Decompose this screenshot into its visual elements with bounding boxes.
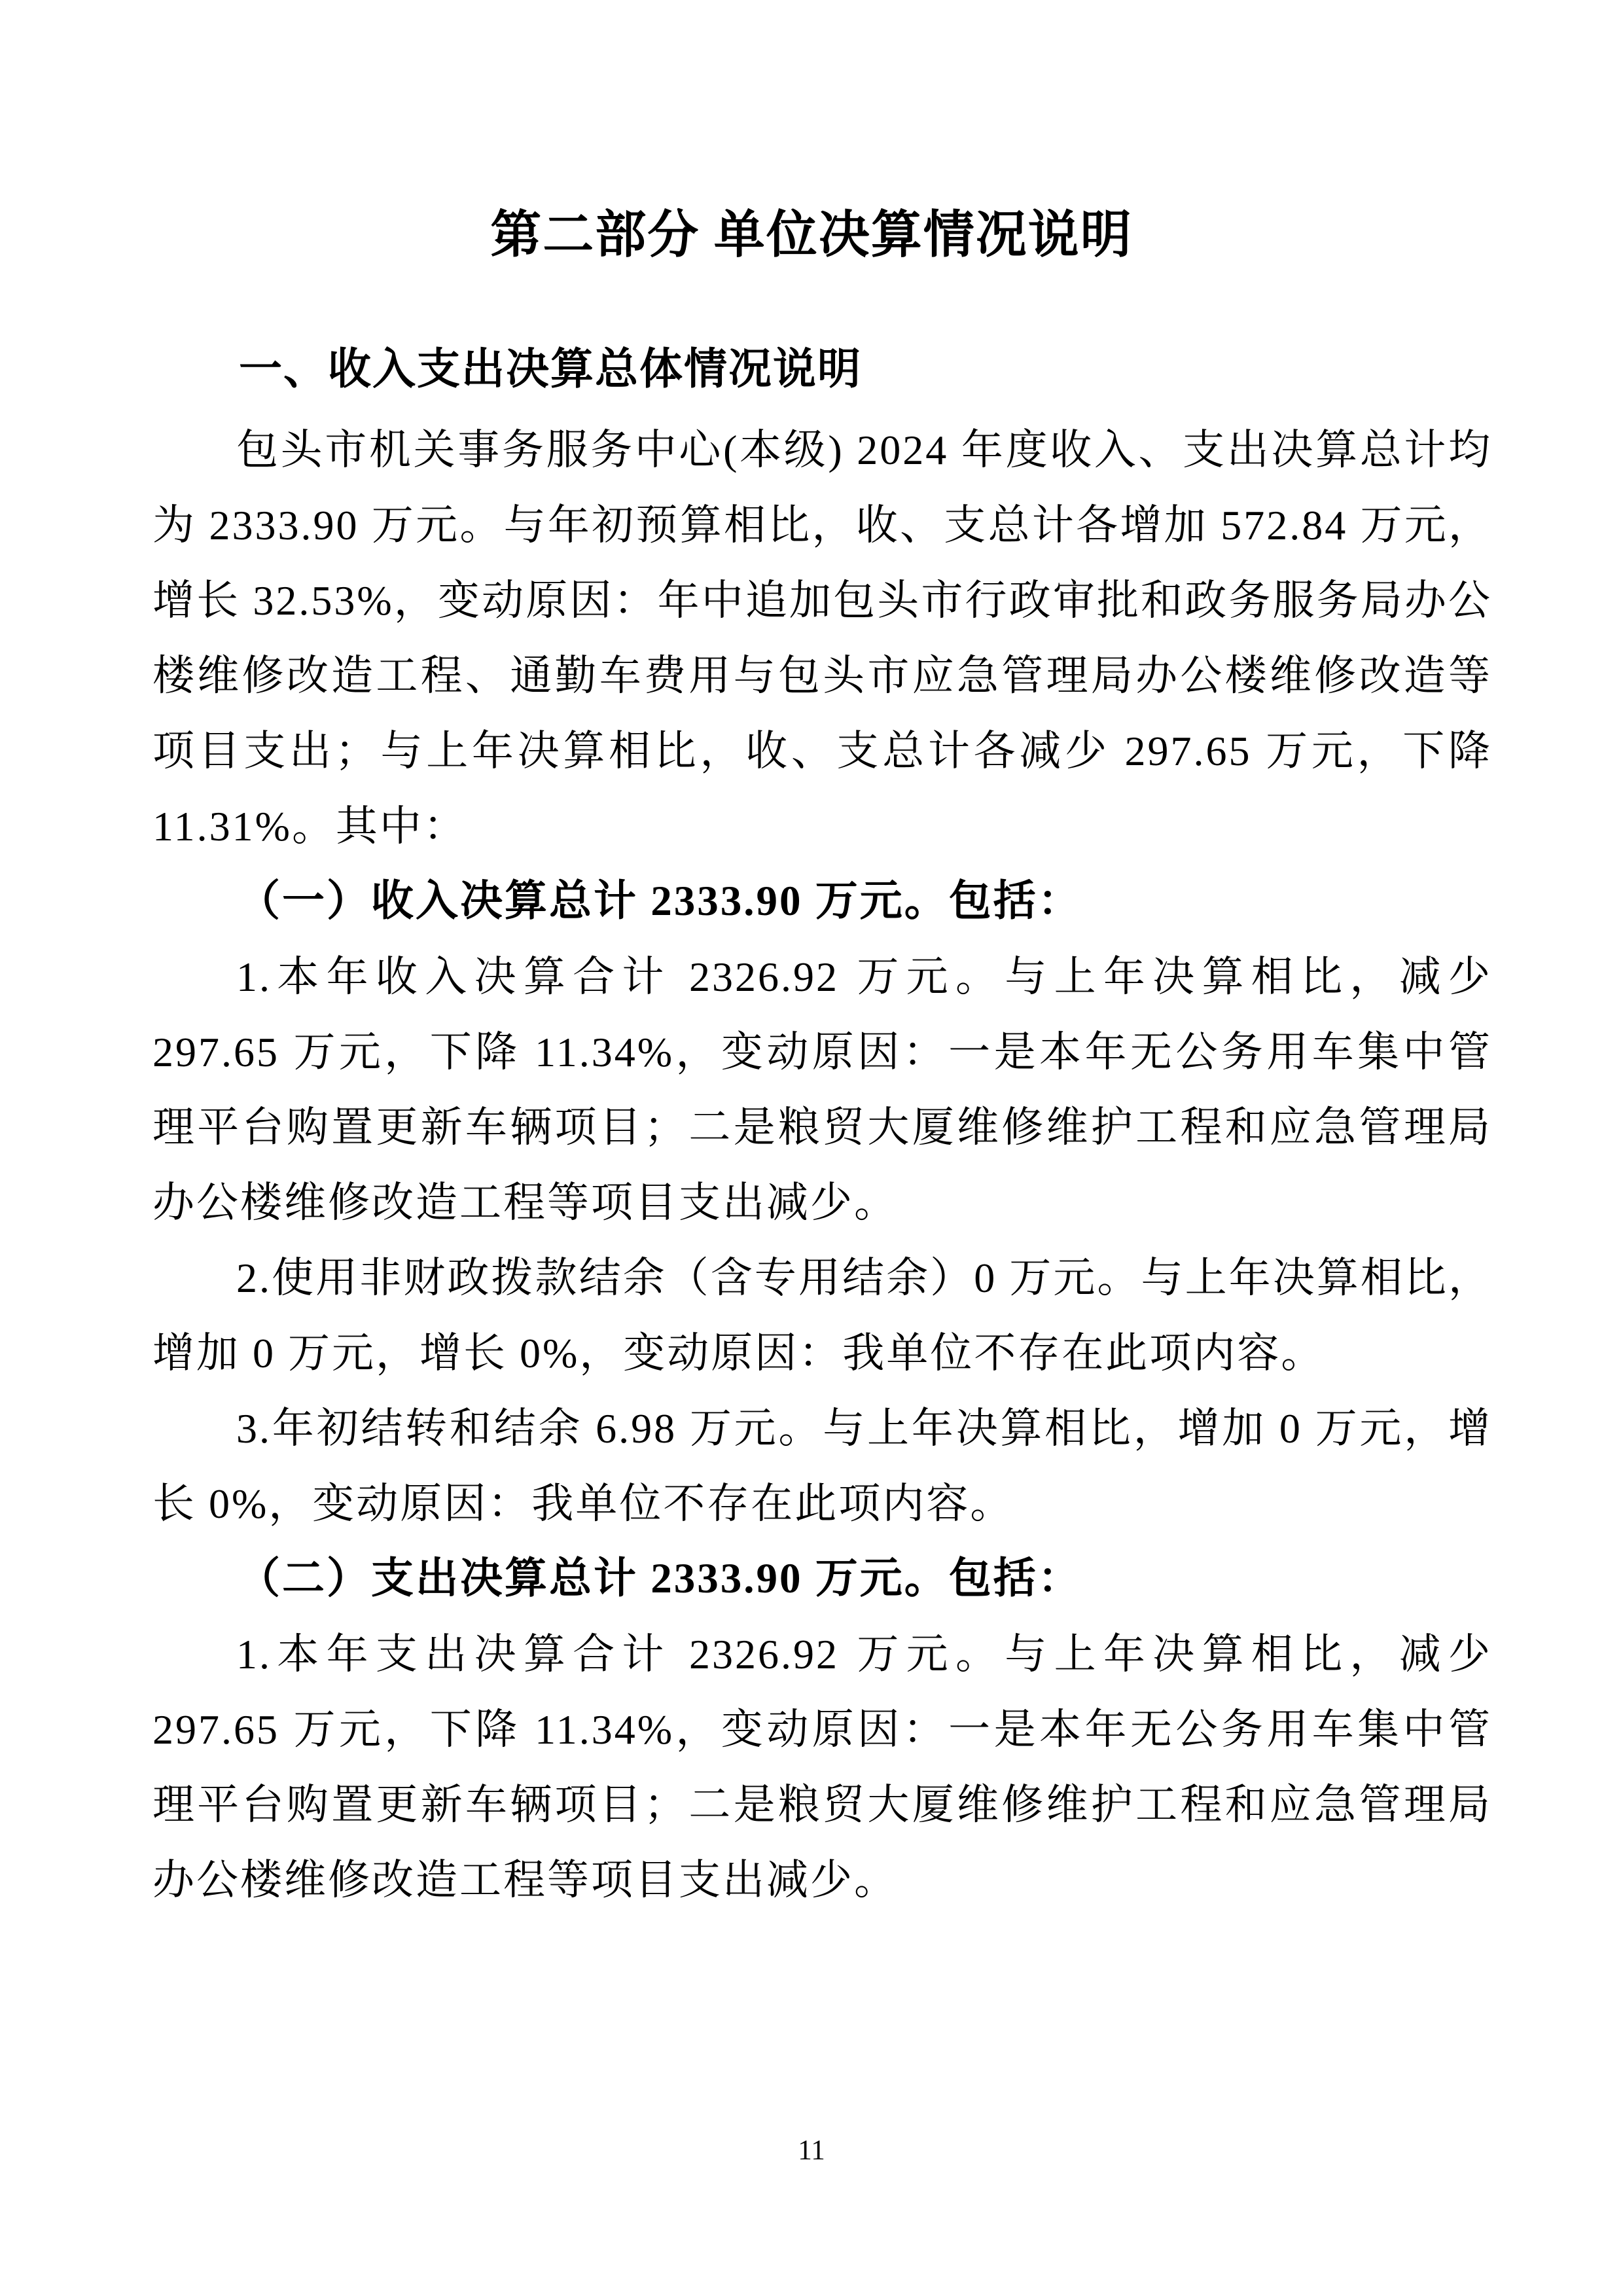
page-number: 11 [0,2135,1623,2166]
paragraph-expense-current-year: 1.本年支出决算合计 2326.92 万元。与上年决算相比，减少 297.65 … [152,1617,1492,1918]
document-title: 第二部分 单位决算情况说明 [0,0,1623,267]
paragraph-overview: 包头市机关事务服务中心(本级) 2024 年度收入、支出决算总计均为 2333.… [152,412,1492,864]
document-page: 第二部分 单位决算情况说明 一、收入支出决算总体情况说明 包头市机关事务服务中心… [0,0,1623,2296]
document-body: 包头市机关事务服务中心(本级) 2024 年度收入、支出决算总计均为 2333.… [152,412,1492,1918]
paragraph-income-carryover: 3.年初结转和结余 6.98 万元。与上年决算相比，增加 0 万元，增长 0%，… [152,1391,1492,1541]
subheading-expense-total: （二）支出决算总计 2333.90 万元。包括： [152,1541,1492,1617]
subheading-income-total: （一）收入决算总计 2333.90 万元。包括： [152,864,1492,939]
paragraph-income-current-year: 1.本年收入决算合计 2326.92 万元。与上年决算相比，减少 297.65 … [152,939,1492,1240]
paragraph-income-nonfiscal-balance: 2.使用非财政拨款结余（含专用结余）0 万元。与上年决算相比，增加 0 万元，增… [152,1240,1492,1391]
section-heading-overview: 一、收入支出决算总体情况说明 [152,346,1492,391]
